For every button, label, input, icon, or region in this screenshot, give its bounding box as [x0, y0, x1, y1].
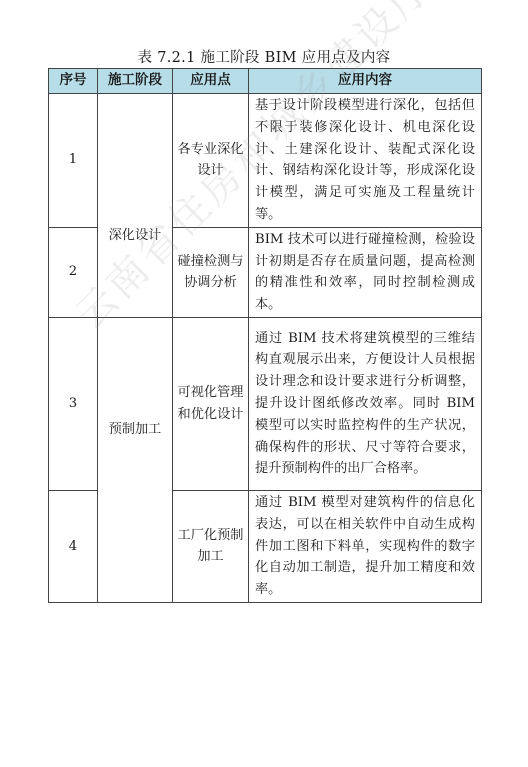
stage-label: 预制加工 [98, 419, 172, 441]
row-number: 4 [49, 490, 98, 602]
application-point: 可视化管理和优化设计 [173, 317, 249, 490]
application-point: 碰撞检测与协调分析 [173, 227, 249, 317]
application-point: 工厂化预制加工 [173, 490, 249, 602]
header-construction-stage: 施工阶段 [98, 69, 173, 94]
application-content: 基于设计阶段模型进行深化，包括但不限于装修深化设计、机电深化设计、土建深化设计、… [249, 94, 482, 228]
stage-label: 深化设计 [98, 225, 172, 247]
header-application-content: 应用内容 [249, 69, 482, 94]
row-number: 2 [49, 227, 98, 317]
application-content: 通过 BIM 模型对建筑构件的信息化表达，可以在相关软件中自动生成构件加工图和下… [249, 490, 482, 602]
table-row: 3 预制加工 可视化管理和优化设计 通过 BIM 技术将建筑模型的三维结构直观展… [49, 317, 482, 490]
application-point: 各专业深化设计 [173, 94, 249, 228]
application-content: 通过 BIM 技术将建筑模型的三维结构直观展示出来，方便设计人员根据设计理念和设… [249, 317, 482, 490]
table-row: 1 深化设计 各专业深化设计 基于设计阶段模型进行深化，包括但不限于装修深化设计… [49, 94, 482, 228]
header-serial-number: 序号 [49, 69, 98, 94]
table-caption: 表 7.2.1 施工阶段 BIM 应用点及内容 [0, 46, 528, 67]
table-header-row: 序号 施工阶段 应用点 应用内容 [49, 69, 482, 94]
header-application-point: 应用点 [173, 69, 249, 94]
row-number: 1 [49, 94, 98, 228]
application-content: BIM 技术可以进行碰撞检测，检验设计初期是否存在质量问题，提高检测的精准性和效… [249, 227, 482, 317]
row-number: 3 [49, 317, 98, 490]
bim-application-table: 序号 施工阶段 应用点 应用内容 1 深化设计 各专业深化设计 基于设计阶段模型… [48, 68, 482, 603]
stage-cell-deepening-design: 深化设计 [98, 94, 173, 318]
stage-cell-prefabrication: 预制加工 [98, 317, 173, 602]
